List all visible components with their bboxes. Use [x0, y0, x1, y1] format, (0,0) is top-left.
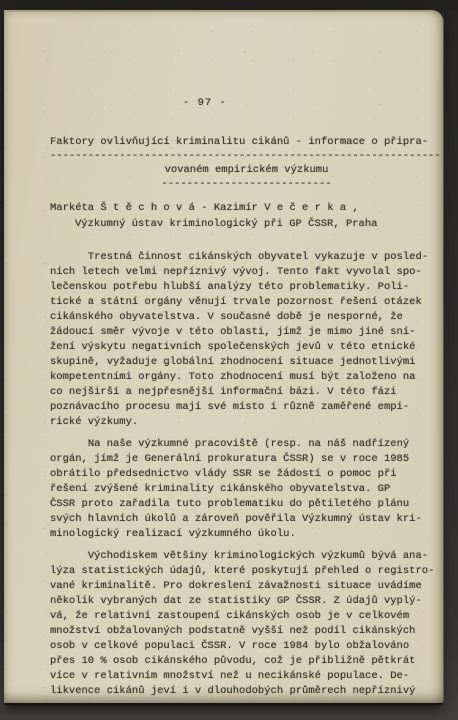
article-title-line-1: Faktory ovlivňující kriminalitu cikánů -… — [50, 135, 443, 149]
page-content: - 97 - Faktory ovlivňující kriminalitu c… — [50, 12, 443, 703]
article-body: Trestná činnost cikánských obyvatel vyka… — [50, 250, 443, 703]
title-underline-2: --------------------------- — [50, 177, 443, 191]
paragraph-3: Východiskem většiny kriminologických výz… — [50, 549, 443, 699]
authors-affiliation: Výzkumný ústav kriminologický při GP ČSS… — [75, 217, 443, 233]
page-number: - 97 - — [183, 96, 443, 111]
authors-names: Markéta Š t ě c h o v á - Kazimír V e č … — [50, 201, 443, 217]
article-title-line-2: vovaném empirickém výzkumu — [50, 163, 443, 177]
authors-block: Markéta Š t ě c h o v á - Kazimír V e č … — [50, 201, 443, 232]
paragraph-2: Na naše výzkumné pracoviště (resp. na ná… — [50, 437, 443, 542]
scanned-page-background: - 97 - Faktory ovlivňující kriminalitu c… — [0, 0, 458, 720]
document-page: - 97 - Faktory ovlivňující kriminalitu c… — [4, 10, 443, 703]
article-title-block: Faktory ovlivňující kriminalitu cikánů -… — [50, 135, 443, 191]
paragraph-1: Trestná činnost cikánských obyvatel vyka… — [50, 250, 443, 430]
title-underline-1: ----------------------------------------… — [50, 149, 443, 163]
scan-top-edge — [0, 0, 458, 10]
